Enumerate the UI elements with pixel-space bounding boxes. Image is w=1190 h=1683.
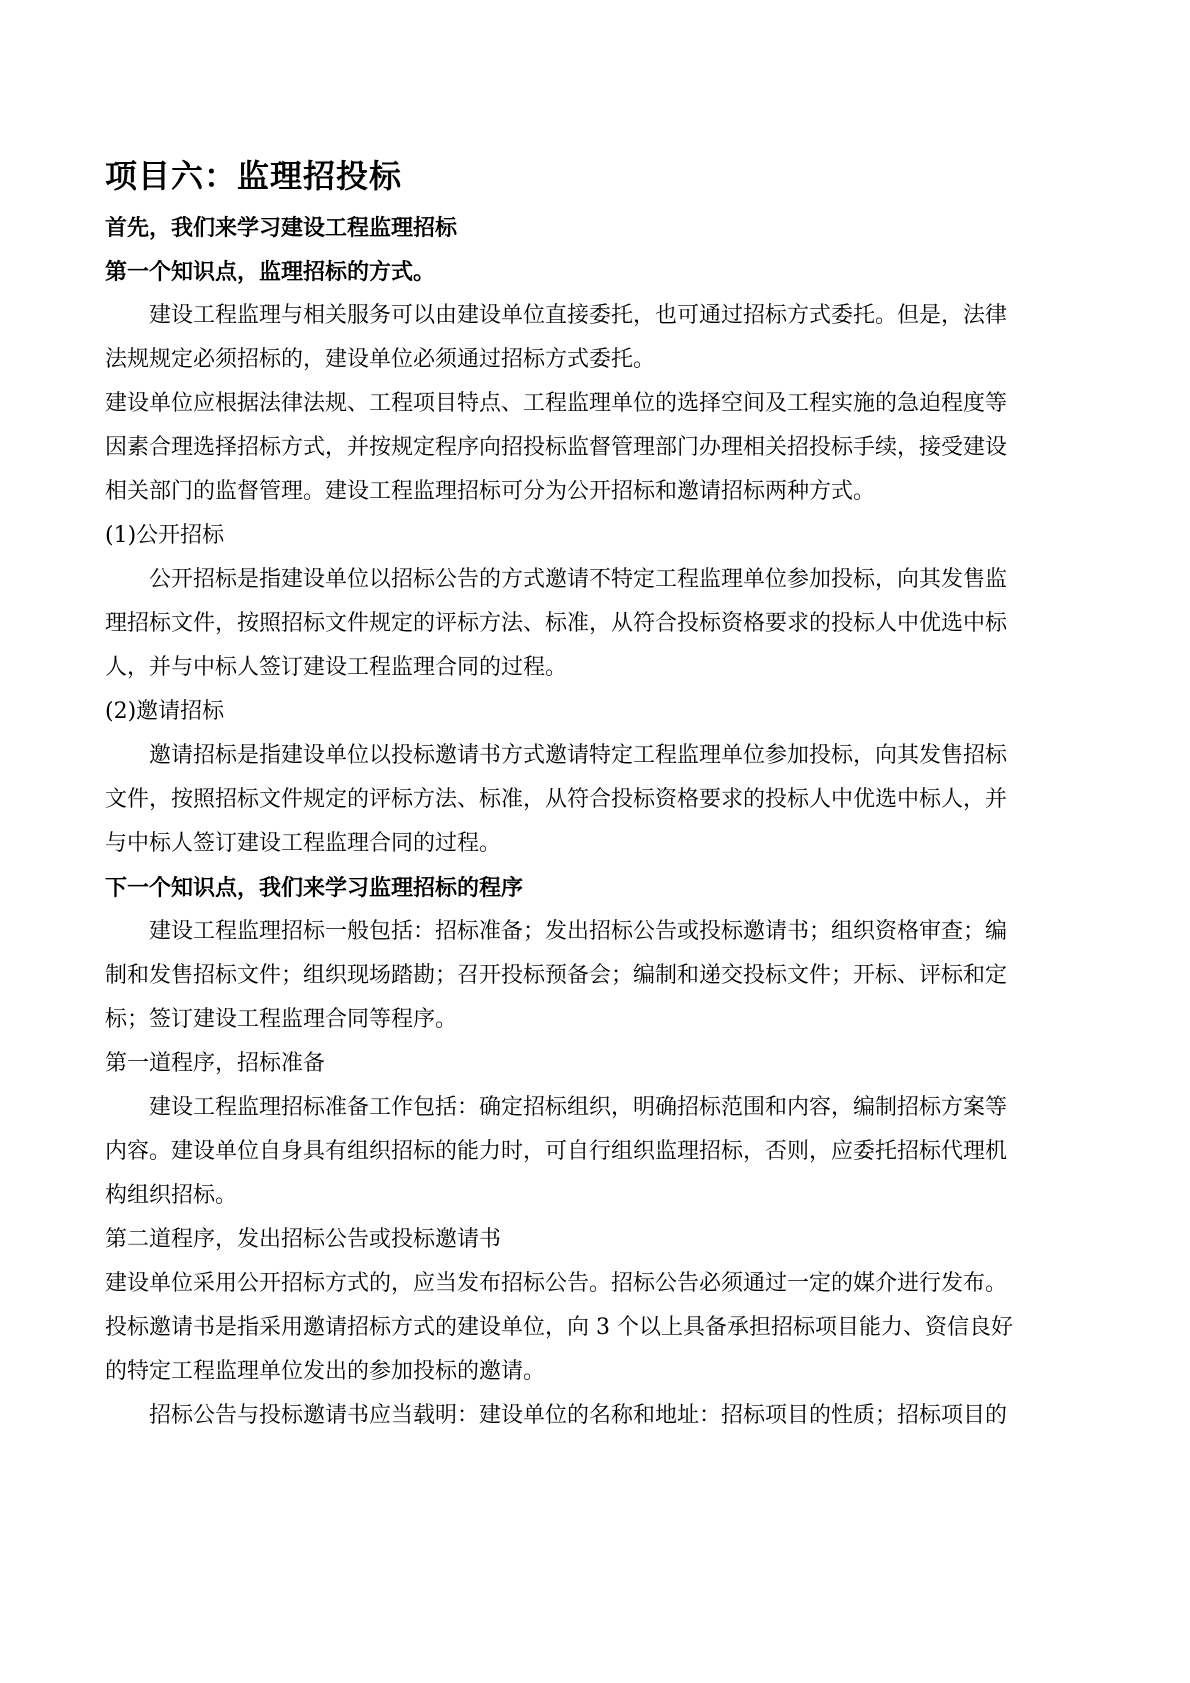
document-body: 首先，我们来学习建设工程监理招标 第一个知识点，监理招标的方式。 建设工程监理与… — [105, 206, 1083, 1438]
subheading-procedure-2: 第二道程序，发出招标公告或投标邀请书 — [105, 1218, 1083, 1262]
subheading-procedure-1: 第一道程序，招标准备 — [105, 1042, 1083, 1086]
paragraph-line: 邀请招标是指建设单位以投标邀请书方式邀请特定工程监理单位参加投标，向其发售招标 — [105, 734, 1083, 778]
paragraph-line: 理招标文件，按照招标文件规定的评标方法、标准，从符合投标资格要求的投标人中优选中… — [105, 602, 1083, 646]
paragraph-line: 人，并与中标人签订建设工程监理合同的过程。 — [105, 646, 1083, 690]
paragraph-line: 相关部门的监督管理。建设工程监理招标可分为公开招标和邀请招标两种方式。 — [105, 470, 1083, 514]
paragraph-line: 建设工程监理与相关服务可以由建设单位直接委托，也可通过招标方式委托。但是，法律 — [105, 294, 1083, 338]
paragraph-line: 文件，按照招标文件规定的评标方法、标准，从符合投标资格要求的投标人中优选中标人，… — [105, 778, 1083, 822]
paragraph-line: 公开招标是指建设单位以招标公告的方式邀请不特定工程监理单位参加投标，向其发售监 — [105, 558, 1083, 602]
paragraph-line: 构组织招标。 — [105, 1174, 1083, 1218]
paragraph-line: 建设单位应根据法律法规、工程项目特点、工程监理单位的选择空间及工程实施的急迫程度… — [105, 382, 1083, 426]
subheading-open-tender: (1)公开招标 — [105, 514, 1083, 558]
paragraph-line: 建设工程监理招标一般包括：招标准备；发出招标公告或投标邀请书；组织资格审查；编 — [105, 910, 1083, 954]
heading-knowledge-point-1: 第一个知识点，监理招标的方式。 — [105, 250, 1083, 294]
heading-knowledge-point-2: 下一个知识点，我们来学习监理招标的程序 — [105, 866, 1083, 910]
page-title: 项目六：监理招投标 — [105, 150, 1083, 202]
paragraph-line: 投标邀请书是指采用邀请招标方式的建设单位，向 3 个以上具备承担招标项目能力、资… — [105, 1306, 1083, 1350]
paragraph-line: 建设单位采用公开招标方式的，应当发布招标公告。招标公告必须通过一定的媒介进行发布… — [105, 1262, 1083, 1306]
paragraph-line: 的特定工程监理单位发出的参加投标的邀请。 — [105, 1350, 1083, 1394]
paragraph-line: 与中标人签订建设工程监理合同的过程。 — [105, 822, 1083, 866]
paragraph-line: 内容。建设单位自身具有组织招标的能力时，可自行组织监理招标，否则，应委托招标代理… — [105, 1130, 1083, 1174]
paragraph-line: 招标公告与投标邀请书应当载明：建设单位的名称和地址：招标项目的性质；招标项目的 — [105, 1394, 1083, 1438]
heading-intro: 首先，我们来学习建设工程监理招标 — [105, 206, 1083, 250]
document-page: 项目六：监理招投标 首先，我们来学习建设工程监理招标 第一个知识点，监理招标的方… — [105, 150, 1083, 1438]
paragraph-line: 制和发售招标文件；组织现场踏勘；召开投标预备会；编制和递交投标文件；开标、评标和… — [105, 954, 1083, 998]
paragraph-line: 因素合理选择招标方式，并按规定程序向招投标监督管理部门办理相关招投标手续，接受建… — [105, 426, 1083, 470]
paragraph-line: 法规规定必须招标的，建设单位必须通过招标方式委托。 — [105, 338, 1083, 382]
subheading-invited-tender: (2)邀请招标 — [105, 690, 1083, 734]
paragraph-line: 标；签订建设工程监理合同等程序。 — [105, 998, 1083, 1042]
paragraph-line: 建设工程监理招标准备工作包括：确定招标组织，明确招标范围和内容，编制招标方案等 — [105, 1086, 1083, 1130]
